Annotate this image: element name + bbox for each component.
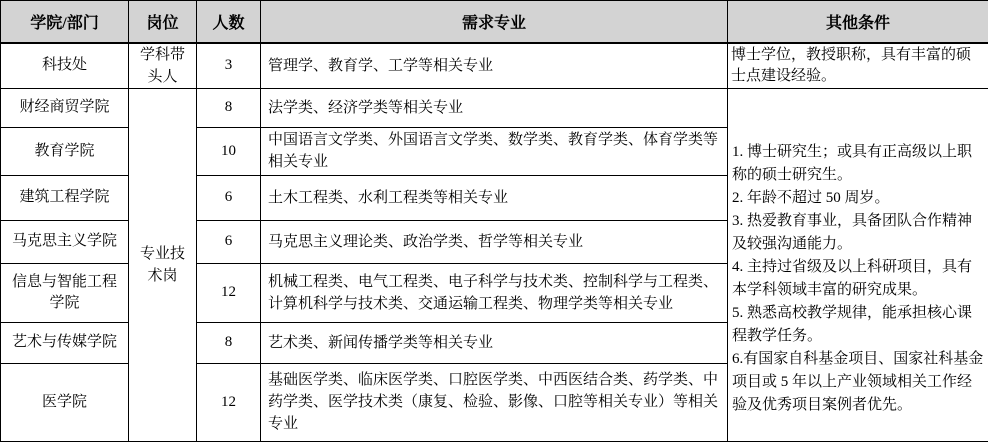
dept-cell: 科技处	[1, 43, 129, 89]
table-row: 财经商贸学院 专业技术岗 8 法学类、经济学类等相关专业 1. 博士研究生；或具…	[1, 88, 988, 127]
other-condition-item: 2. 年龄不超过 50 周岁。	[732, 187, 984, 210]
count-cell: 10	[197, 127, 261, 175]
dept-cell: 马克思主义学院	[1, 220, 129, 263]
dept-cell: 教育学院	[1, 127, 129, 175]
table-row: 科技处 学科带头人 3 管理学、教育学、工学等相关专业 博士学位，教授职称，具有…	[1, 43, 988, 89]
majors-cell: 马克思主义理论类、政治学类、哲学等相关专业	[261, 220, 728, 263]
header-cell-other: 其他条件	[728, 1, 988, 43]
header-cell-count: 人数	[197, 1, 261, 43]
header-cell-post: 岗位	[129, 1, 197, 43]
other-condition-item: 1. 博士研究生；或具有正高级以上职称的硕士研究生。	[732, 141, 984, 187]
count-cell: 8	[197, 322, 261, 363]
other-conditions-list: 1. 博士研究生；或具有正高级以上职称的硕士研究生。 2. 年龄不超过 50 周…	[732, 141, 984, 417]
dept-cell: 建筑工程学院	[1, 175, 129, 220]
count-cell: 12	[197, 263, 261, 322]
majors-cell: 中国语言文学类、外国语言文学类、数学类、教育学类、体育学类等相关专业	[261, 127, 728, 175]
post-cell: 学科带头人	[129, 43, 197, 89]
other-conditions-cell: 博士学位，教授职称，具有丰富的硕士点建设经验。	[728, 43, 988, 89]
other-condition-item: 6.有国家自科基金项目、国家社科基金项目或 5 年以上产业领域相关工作经验及优秀…	[732, 348, 984, 417]
count-cell: 3	[197, 43, 261, 89]
majors-cell: 基础医学类、临床医学类、口腔医学类、中西医结合类、药学类、中药学类、医学技术类（…	[261, 363, 728, 441]
count-cell: 8	[197, 88, 261, 127]
dept-cell: 财经商贸学院	[1, 88, 129, 127]
majors-cell: 艺术类、新闻传播学类等相关专业	[261, 322, 728, 363]
header-row: 学院/部门 岗位 人数 需求专业 其他条件	[1, 1, 988, 43]
header-cell-majors: 需求专业	[261, 1, 728, 43]
majors-cell: 管理学、教育学、工学等相关专业	[261, 43, 728, 89]
other-condition-item: 3. 热爱教育事业，具备团队合作精神及较强沟通能力。	[732, 210, 984, 256]
header-cell-dept: 学院/部门	[1, 1, 129, 43]
count-cell: 6	[197, 220, 261, 263]
recruitment-table: 学院/部门 岗位 人数 需求专业 其他条件 科技处 学科带头人 3 管理学、教育…	[0, 0, 988, 442]
dept-cell: 信息与智能工程学院	[1, 263, 129, 322]
majors-cell: 法学类、经济学类等相关专业	[261, 88, 728, 127]
merged-other-conditions-cell: 1. 博士研究生；或具有正高级以上职称的硕士研究生。 2. 年龄不超过 50 周…	[728, 88, 988, 441]
majors-cell: 土木工程类、水利工程类等相关专业	[261, 175, 728, 220]
count-cell: 6	[197, 175, 261, 220]
dept-cell: 艺术与传媒学院	[1, 322, 129, 363]
count-cell: 12	[197, 363, 261, 441]
merged-post-cell: 专业技术岗	[129, 88, 197, 441]
other-condition-item: 5. 熟悉高校教学规律，能承担核心课程教学任务。	[732, 302, 984, 348]
majors-cell: 机械工程类、电气工程类、电子科学与技术类、控制科学与工程类、计算机科学与技术类、…	[261, 263, 728, 322]
other-condition-item: 4. 主持过省级及以上科研项目，具有本学科领域丰富的研究成果。	[732, 256, 984, 302]
dept-cell: 医学院	[1, 363, 129, 441]
